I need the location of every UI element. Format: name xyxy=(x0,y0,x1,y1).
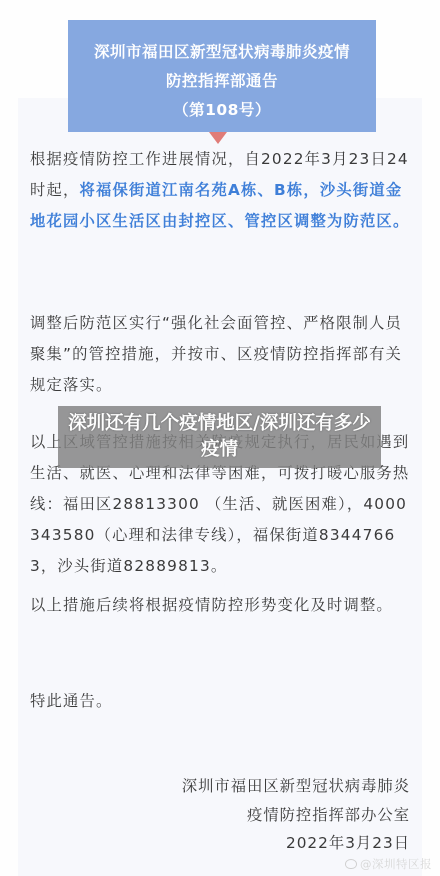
signature-org-line2: 疫情防控指挥部办公室 xyxy=(182,801,410,830)
signature-date: 2022年3月23日 xyxy=(182,829,410,858)
triangle-pointer-icon xyxy=(209,132,227,144)
notice-title-line1: 深圳市福田区新型冠状病毒肺炎疫情 xyxy=(68,38,376,67)
article-title-overlay[interactable]: 深圳还有几个疫情地区/深圳还有多少疫情 xyxy=(58,406,381,468)
signature-org-line1: 深圳市福田区新型冠状病毒肺炎 xyxy=(182,772,410,801)
watermark: @深圳特区报 xyxy=(345,856,432,872)
signature-block: 深圳市福田区新型冠状病毒肺炎 疫情防控指挥部办公室 2022年3月23日 xyxy=(182,772,410,858)
overlay-title: 深圳还有几个疫情地区/深圳还有多少疫情 xyxy=(68,413,371,460)
highlighted-adjustment: 将福保街道江南名苑A栋、B栋，沙头街道金地花园小区生活区由封控区、管控区调整为防… xyxy=(30,181,402,230)
paragraph-followup: 以上措施后续将根据疫情防控形势变化及时调整。 xyxy=(30,590,412,621)
paragraph-adjustment: 根据疫情防控工作进展情况，自2022年3月23日24时起，将福保街道江南名苑A栋… xyxy=(30,144,412,237)
paragraph-closing: 特此通告。 xyxy=(30,686,412,717)
notice-title-line2: 防控指挥部通告 xyxy=(68,67,376,96)
watermark-text: @深圳特区报 xyxy=(360,856,432,872)
weibo-logo-icon xyxy=(345,859,357,869)
notice-header: 深圳市福田区新型冠状病毒肺炎疫情 防控指挥部通告 （第108号） xyxy=(68,20,376,132)
paragraph-measures: 调整后防范区实行“强化社会面管控、严格限制人员聚集”的管控措施，并按市、区疫情防… xyxy=(30,308,412,401)
paragraph-end: 。 xyxy=(393,212,410,230)
notice-number: （第108号） xyxy=(68,96,376,125)
